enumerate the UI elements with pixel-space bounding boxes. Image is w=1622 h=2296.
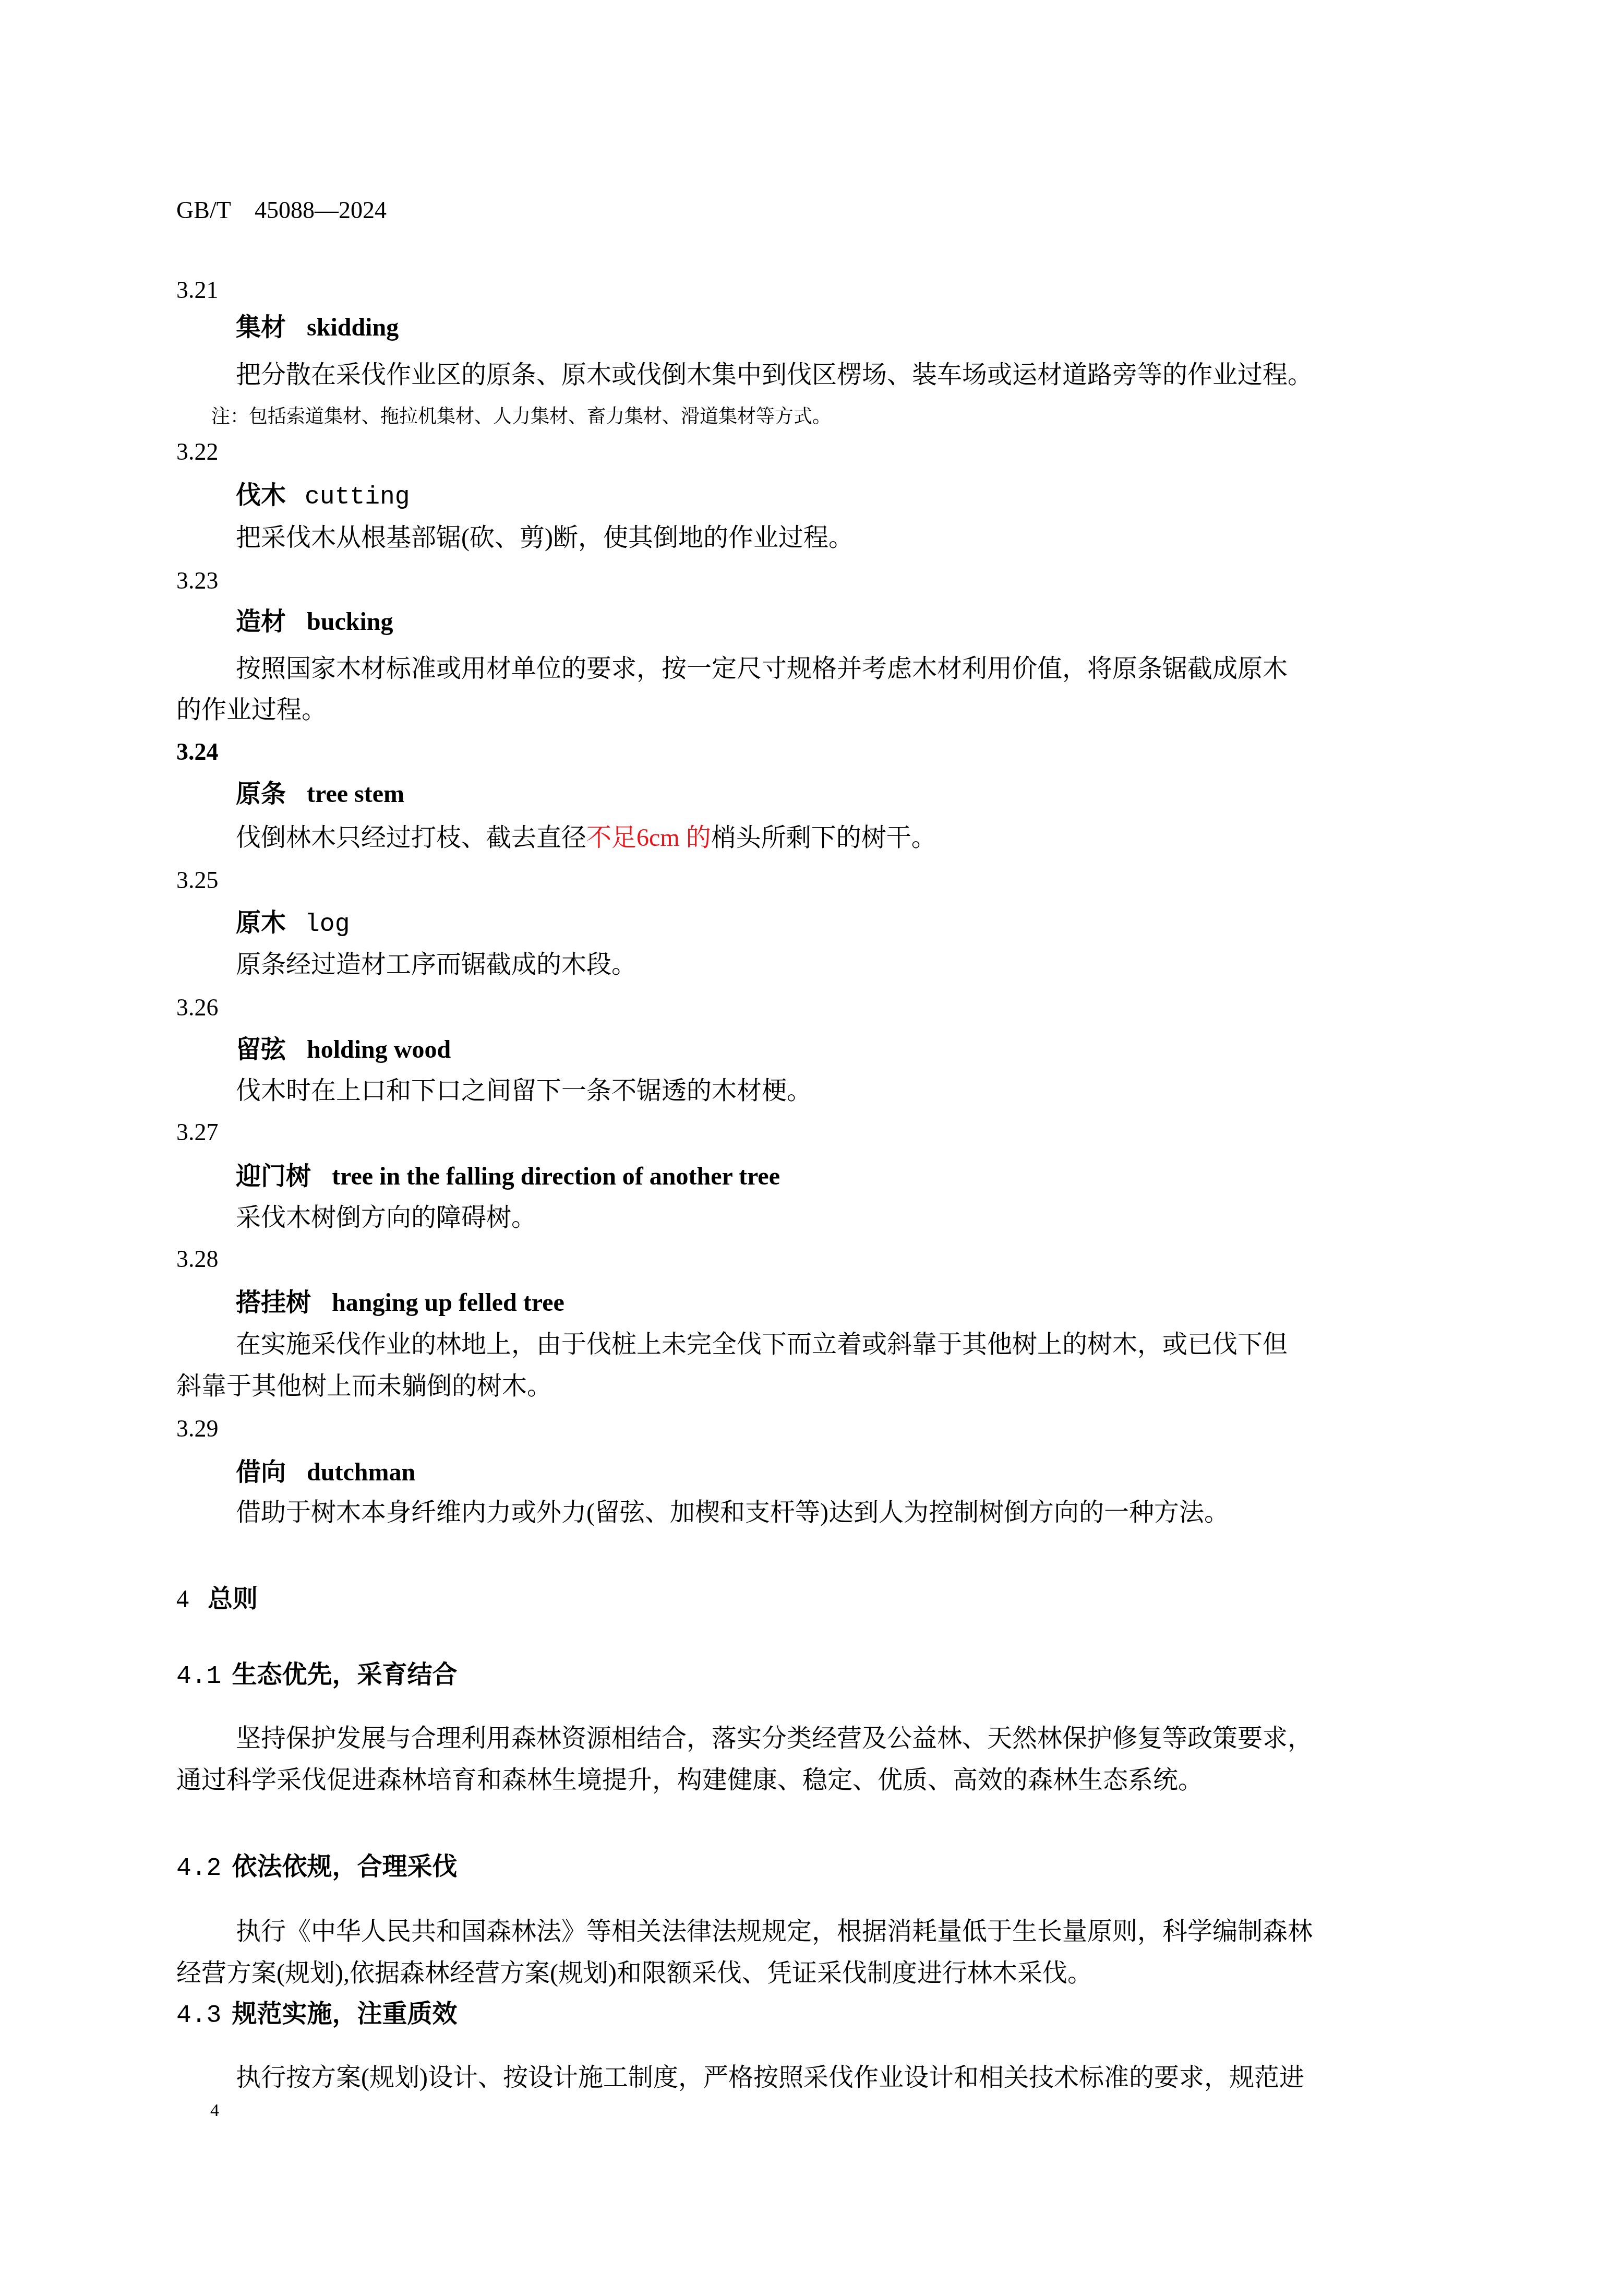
term-number: 3.25 xyxy=(176,868,219,892)
term-title: 造材bucking xyxy=(236,609,393,635)
term-number: 3.23 xyxy=(176,569,219,593)
term-zh: 伐木 xyxy=(236,481,286,510)
term-definition: 在实施采伐作业的林地上，由于伐桩上未完全伐下而立着或斜靠于其他树上的树木，或已伐… xyxy=(236,1332,1288,1357)
term-number: 3.26 xyxy=(176,996,219,1020)
term-definition: 伐倒林木只经过打枝、截去直径不足6cm 的梢头所剩下的树干。 xyxy=(236,826,936,851)
term-definition-continued: 斜靠于其他树上而未躺倒的树木。 xyxy=(176,1374,552,1399)
term-zh: 借向 xyxy=(236,1457,286,1487)
paragraph: 执行按方案(规划)设计、按设计施工制度，严格按照采伐作业设计和相关技术标准的要求… xyxy=(236,2065,1304,2090)
term-en: log xyxy=(305,911,350,939)
paragraph-continued: 通过科学采伐促进森林培育和森林生境提升，构建健康、稳定、优质、高效的森林生态系统… xyxy=(176,1768,1203,1793)
term-title: 集材skidding xyxy=(236,315,399,340)
subsection-number: 4.2 xyxy=(176,1855,221,1883)
term-definition: 采伐木树倒方向的障碍树。 xyxy=(236,1205,536,1230)
paragraph: 坚持保护发展与合理利用森林资源相结合，落实分类经营及公益林、天然林保护修复等政策… xyxy=(236,1726,1313,1751)
term-title: 留弦holding wood xyxy=(236,1037,451,1062)
term-zh: 搭挂树 xyxy=(236,1288,311,1317)
term-en: tree stem xyxy=(307,780,404,808)
term-number: 3.27 xyxy=(176,1120,219,1144)
term-definition: 把采伐木从根基部锯(砍、剪)断，使其倒地的作业过程。 xyxy=(236,525,854,551)
definition-text: 梢头所剩下的树干。 xyxy=(711,824,936,852)
term-en: cutting xyxy=(305,483,410,511)
subsection-heading: 4.1生态优先，采育结合 xyxy=(176,1662,457,1689)
term-zh: 造材 xyxy=(236,607,286,636)
term-note: 注：包括索道集材、拖拉机集材、人力集材、畜力集材、滑道集材等方式。 xyxy=(211,407,831,426)
paragraph-continued: 经营方案(规划),依据森林经营方案(规划)和限额采伐、凭证采伐制度进行林木采伐。 xyxy=(176,1961,1092,1986)
subsection-heading: 4.2依法依规，合理采伐 xyxy=(176,1854,457,1881)
term-title: 借向dutchman xyxy=(236,1460,415,1485)
subsection-title: 依法依规，合理采伐 xyxy=(232,1852,457,1881)
term-zh: 集材 xyxy=(236,313,286,342)
section-title: 总则 xyxy=(208,1584,258,1613)
subsection-heading: 4.3规范实施，注重质效 xyxy=(176,2001,457,2028)
term-title: 搭挂树hanging up felled tree xyxy=(236,1290,564,1316)
subsection-number: 4.1 xyxy=(176,1663,221,1691)
term-zh: 迎门树 xyxy=(236,1162,311,1191)
term-definition-continued: 的作业过程。 xyxy=(176,698,327,723)
page-number: 4 xyxy=(210,2102,219,2120)
term-title: 原木log xyxy=(236,910,350,937)
term-definition: 把分散在采伐作业区的原条、原木或伐倒木集中到伐区楞场、装车场或运材道路旁等的作业… xyxy=(236,363,1313,388)
term-en: dutchman xyxy=(307,1458,415,1486)
paragraph: 执行《中华人民共和国森林法》等相关法律法规规定，根据消耗量低于生长量原则，科学编… xyxy=(236,1919,1313,1944)
term-definition: 借助于树木本身纤维内力或外力(留弦、加楔和支杆等)达到人为控制树倒方向的一种方法… xyxy=(236,1500,1229,1525)
term-title: 伐木cutting xyxy=(236,483,410,510)
section-number: 4 xyxy=(176,1585,189,1613)
term-en: holding wood xyxy=(307,1036,451,1063)
term-title: 迎门树tree in the falling direction of anot… xyxy=(236,1164,780,1189)
term-zh: 原木 xyxy=(236,908,286,937)
term-definition: 原条经过造材工序而锯截成的木段。 xyxy=(236,952,636,977)
subsection-title: 规范实施，注重质效 xyxy=(232,1999,457,2028)
section-heading: 4总则 xyxy=(176,1586,258,1612)
subsection-number: 4.3 xyxy=(176,2002,221,2030)
highlighted-text: 不足6cm 的 xyxy=(586,824,711,852)
term-en: skidding xyxy=(307,314,399,341)
term-zh: 原条 xyxy=(236,779,286,808)
term-en: hanging up felled tree xyxy=(332,1289,564,1317)
term-number: 3.29 xyxy=(176,1417,219,1441)
standard-number-header: GB/T 45088—2024 xyxy=(176,198,387,222)
term-definition: 按照国家木材标准或用材单位的要求，按一定尺寸规格并考虑木材利用价值，将原条锯截成… xyxy=(236,656,1288,681)
term-definition: 伐木时在上口和下口之间留下一条不锯透的木材梗。 xyxy=(236,1079,812,1104)
term-number: 3.21 xyxy=(176,278,219,302)
term-number: 3.24 xyxy=(176,740,219,764)
definition-text: 伐倒林木只经过打枝、截去直径 xyxy=(236,824,586,852)
term-title: 原条tree stem xyxy=(236,781,404,807)
term-number: 3.22 xyxy=(176,440,219,464)
term-number: 3.28 xyxy=(176,1247,219,1271)
term-zh: 留弦 xyxy=(236,1035,286,1064)
term-en: bucking xyxy=(307,608,393,636)
subsection-title: 生态优先，采育结合 xyxy=(232,1660,457,1689)
term-en: tree in the falling direction of another… xyxy=(332,1163,780,1190)
